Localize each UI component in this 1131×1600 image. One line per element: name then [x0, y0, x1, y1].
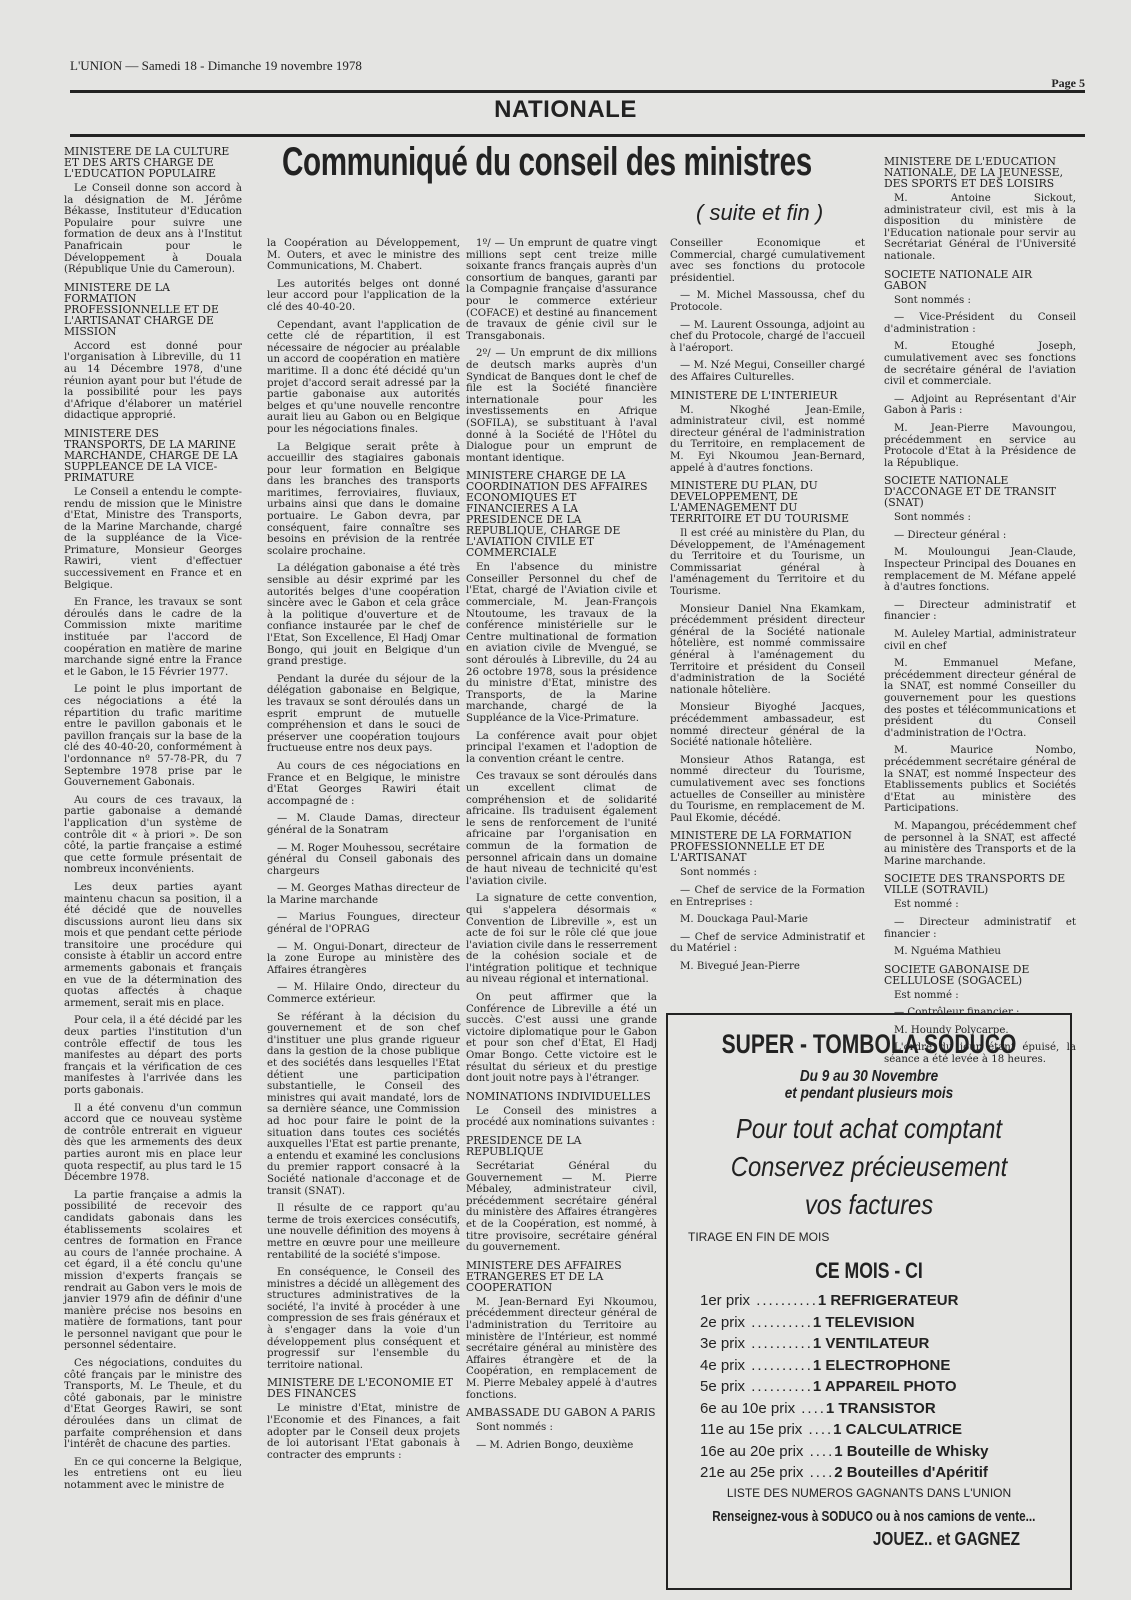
- paragraph: Il résulte de ce rapport qu'au terme de …: [267, 1203, 460, 1261]
- section-heading: MINISTERE DE L'EDUCATION NATIONALE, DE L…: [884, 156, 1076, 189]
- section-heading: MINISTERE DU PLAN, DU DEVELOPPEMENT, DE …: [670, 480, 865, 524]
- section-heading: SOCIETE NATIONALE AIR GABON: [884, 269, 1076, 291]
- section-rule: [70, 134, 1085, 137]
- prize-row: 5e prix ..........1 APPAREIL PHOTO: [700, 1376, 1070, 1398]
- section-heading: SOCIETE NATIONALE D'ACCONAGE ET DE TRANS…: [884, 475, 1076, 508]
- paragraph: — M. Michel Massoussa, chef du Protocole…: [670, 290, 865, 313]
- paragraph: M. Douckaga Paul-Marie: [670, 914, 865, 926]
- prize-dots: ....: [795, 1400, 826, 1417]
- paragraph: M. Jean-Bernard Eyi Nkoumou, précédemmen…: [466, 1297, 657, 1401]
- prize-dots: ..........: [745, 1335, 813, 1352]
- paragraph: Au cours de ces travaux, la partie gabon…: [64, 795, 242, 876]
- prize-item: 1 CALCULATRICE: [833, 1421, 962, 1438]
- paragraph: M. Antoine Sickout, administrateur civil…: [884, 193, 1076, 263]
- paragraph: — M. Laurent Ossounga, adjoint au chef d…: [670, 320, 865, 355]
- paragraph: Cependant, avant l'application de cette …: [267, 320, 460, 436]
- paragraph: Sont nommés :: [884, 295, 1076, 307]
- prize-rank: 1er prix: [700, 1290, 750, 1312]
- paragraph: Se référant à la décision du gouvernemen…: [267, 1012, 460, 1198]
- prize-row: 11e au 15e prix ....1 CALCULATRICE: [700, 1419, 1070, 1441]
- paragraph: La Belgique serait prête à accueillir de…: [267, 442, 460, 558]
- section-heading: AMBASSADE DU GABON A PARIS: [466, 1407, 657, 1418]
- advert-slogan-2: Conservez précieusement: [698, 1148, 1040, 1186]
- prize-dots: ..........: [745, 1314, 813, 1331]
- paragraph: La délégation gabonaise a été très sensi…: [267, 563, 460, 667]
- prize-dots: ..........: [745, 1357, 813, 1374]
- column-1: MINISTERE DE LA CULTURE ET DES ARTS CHAR…: [64, 142, 242, 1498]
- paragraph: Pendant la durée du séjour de la délégat…: [267, 674, 460, 755]
- prize-rank: 2e prix: [700, 1312, 745, 1334]
- advert-winners: LISTE DES NUMEROS GAGNANTS DANS L'UNION: [668, 1486, 1070, 1500]
- paragraph: On peut affirmer que la Conférence de Li…: [466, 992, 657, 1085]
- section-heading: SOCIETE GABONAISE DE CELLULOSE (SOGACEL): [884, 964, 1076, 986]
- section-heading: MINISTERE DE LA CULTURE ET DES ARTS CHAR…: [64, 146, 242, 179]
- prize-dots: ....: [803, 1464, 834, 1481]
- paragraph: — Vice-Président du Conseil d'administra…: [884, 312, 1076, 335]
- prize-item: 1 TRANSISTOR: [826, 1400, 936, 1417]
- paragraph: Sont nommés :: [884, 512, 1076, 524]
- prize-item: 1 TELEVISION: [813, 1314, 915, 1331]
- section-heading: MINISTERE DES TRANSPORTS, DE LA MARINE M…: [64, 428, 242, 483]
- prize-item: 1 ELECTROPHONE: [813, 1357, 951, 1374]
- prize-rank: 11e au 15e prix: [700, 1419, 802, 1441]
- paragraph: M. Etoughé Joseph, cumulativement avec s…: [884, 341, 1076, 387]
- paragraph: Il est créé au ministère du Plan, du Dév…: [670, 528, 865, 598]
- paragraph: Monsieur Daniel Nna Ekamkam, précédemmen…: [670, 604, 865, 697]
- paragraph: En ce qui concerne la Belgique, les entr…: [64, 1457, 242, 1492]
- prize-rank: 16e au 20e prix: [700, 1441, 803, 1463]
- paragraph: En l'absence du ministre Conseiller Pers…: [466, 562, 657, 724]
- paragraph: — M. Ongui-Donart, directeur de la zone …: [267, 942, 460, 977]
- paragraph: Le ministre d'Etat, ministre de l'Econom…: [267, 1403, 460, 1461]
- paragraph: — Adjoint au Représentant d'Air Gabon à …: [884, 394, 1076, 417]
- column-5: MINISTERE DE L'EDUCATION NATIONALE, DE L…: [884, 152, 1076, 1072]
- prize-row: 2e prix ..........1 TELEVISION: [700, 1312, 1070, 1334]
- section-heading: MINISTERE DE LA FORMATION PROFESSIONNELL…: [670, 830, 865, 863]
- paragraph: 1º/ — Un emprunt de quatre vingt million…: [466, 238, 657, 342]
- paragraph: Conseiller Economique et Commercial, cha…: [670, 238, 865, 284]
- section-heading: NOMINATIONS INDIVIDUELLES: [466, 1091, 657, 1102]
- section-heading: MINISTERE DE L'ECONOMIE ET DES FINANCES: [267, 1377, 460, 1399]
- prize-row: 1er prix ..........1 REFRIGERATEUR: [700, 1290, 1070, 1312]
- paragraph: Secrétariat Général du Gouvernement — M.…: [466, 1161, 657, 1254]
- paragraph: Pour cela, il a été décidé par les deux …: [64, 1015, 242, 1096]
- prize-dots: ....: [802, 1421, 833, 1438]
- tombola-advert: SUPER - TOMBOLA SODUCO Du 9 au 30 Novemb…: [666, 1013, 1072, 1590]
- prize-item: 1 VENTILATEUR: [813, 1335, 929, 1352]
- paragraph: M. Mouloungui Jean-Claude, Inspecteur Pr…: [884, 547, 1076, 593]
- masthead: L'UNION — Samedi 18 - Dimanche 19 novemb…: [70, 58, 362, 74]
- paragraph: M. Bivegué Jean-Pierre: [670, 961, 865, 973]
- paragraph: M. Nkoghé Jean-Emile, administrateur civ…: [670, 405, 865, 475]
- prize-row: 21e au 25e prix ....2 Bouteilles d'Apéri…: [700, 1462, 1070, 1484]
- paragraph: M. Jean-Pierre Mavoungou, précédemment e…: [884, 423, 1076, 469]
- paragraph: Monsieur Athos Ratanga, est nommé direct…: [670, 755, 865, 825]
- paragraph: — Directeur administratif et financier :: [884, 600, 1076, 623]
- prize-row: 16e au 20e prix ....1 Bouteille de Whisk…: [700, 1441, 1070, 1463]
- paragraph: Ces travaux se sont déroulés dans un exc…: [466, 771, 657, 887]
- paragraph: — M. Georges Mathas directeur de la Mari…: [267, 883, 460, 906]
- prize-row: 3e prix ..........1 VENTILATEUR: [700, 1333, 1070, 1355]
- section-title: NATIONALE: [0, 96, 1131, 124]
- top-rule: [70, 90, 1085, 93]
- paragraph: — M. Roger Mouhessou, secrétaire général…: [267, 843, 460, 878]
- paragraph: En conséquence, le Conseil des ministres…: [267, 1267, 460, 1371]
- prize-rank: 3e prix: [700, 1333, 745, 1355]
- prize-item: 1 Bouteille de Whisky: [834, 1443, 988, 1460]
- section-heading: SOCIETE DES TRANSPORTS DE VILLE (SOTRAVI…: [884, 873, 1076, 895]
- paragraph: M. Emmanuel Mefane, précédemment directe…: [884, 658, 1076, 739]
- column-4: Conseiller Economique et Commercial, cha…: [670, 238, 865, 979]
- paragraph: Sont nommés :: [466, 1422, 657, 1434]
- paragraph: Accord est donné pour l'organisation à L…: [64, 341, 242, 422]
- prize-item: 1 APPAREIL PHOTO: [813, 1378, 957, 1395]
- paragraph: La partie française a admis la possibili…: [64, 1190, 242, 1352]
- article-subtitle: ( suite et fin ): [696, 200, 823, 226]
- prize-dots: ..........: [750, 1292, 818, 1309]
- paragraph: Le Conseil donne son accord à la désigna…: [64, 183, 242, 276]
- paragraph: — Directeur administratif et financier :: [884, 917, 1076, 940]
- paragraph: Il a été convenu d'un commun accord que …: [64, 1103, 242, 1184]
- paragraph: — Chef de service de la Formation en Ent…: [670, 885, 865, 908]
- section-heading: MINISTERE DES AFFAIRES ETRANGERES ET DE …: [466, 1260, 657, 1293]
- column-3: 1º/ — Un emprunt de quatre vingt million…: [466, 238, 657, 1457]
- paragraph: M. Auleley Martial, administrateur civil…: [884, 629, 1076, 652]
- advert-month: CE MOIS - CI: [708, 1258, 1030, 1284]
- advert-dates-2: et pendant plusieurs mois: [698, 1085, 1040, 1102]
- column-2: la Coopération au Développement, M. Oute…: [267, 238, 460, 1467]
- paragraph: M. Mapangou, précédemment chef de person…: [884, 821, 1076, 867]
- article-headline: Communiqué du conseil des ministres: [282, 140, 812, 185]
- prize-item: 1 REFRIGERATEUR: [818, 1292, 959, 1309]
- prize-rank: 21e au 25e prix: [700, 1462, 803, 1484]
- advert-cta: JOUEZ.. et GAGNEZ: [721, 1529, 1020, 1550]
- paragraph: — Marius Foungues, directeur général de …: [267, 912, 460, 935]
- section-heading: PRESIDENCE DE LA REPUBLIQUE: [466, 1135, 657, 1157]
- advert-slogan-1: Pour tout achat comptant: [698, 1110, 1040, 1148]
- paragraph: — Chef de service Administratif et du Ma…: [670, 932, 865, 955]
- paragraph: — Directeur général :: [884, 530, 1076, 542]
- paragraph: la Coopération au Développement, M. Oute…: [267, 238, 460, 273]
- prize-dots: ..........: [745, 1378, 813, 1395]
- page-number: Page 5: [1051, 76, 1085, 91]
- paragraph: — M. Nzé Megui, Conseiller chargé des Af…: [670, 360, 865, 383]
- section-heading: MINISTERE DE L'INTERIEUR: [670, 390, 865, 401]
- advert-draw: TIRAGE EN FIN DE MOIS: [688, 1230, 1070, 1244]
- section-heading: MINISTERE DE LA FORMATION PROFESSIONNELL…: [64, 282, 242, 337]
- paragraph: Le point le plus important de ces négoci…: [64, 684, 242, 788]
- paragraph: 2º/ — Un emprunt de dix millions de deut…: [466, 348, 657, 464]
- section-heading: MINISTERE CHARGE DE LA COORDINATION DES …: [466, 470, 657, 558]
- paragraph: Le Conseil des ministres a procédé aux n…: [466, 1106, 657, 1129]
- advert-info: Renseignez-vous à SODUCO ou à nos camion…: [712, 1508, 1026, 1525]
- paragraph: Monsieur Biyoghé Jacques, précédemment a…: [670, 702, 865, 748]
- paragraph: Sont nommés :: [670, 867, 865, 879]
- paragraph: M. Nguéma Mathieu: [884, 946, 1076, 958]
- advert-slogan-3: vos factures: [698, 1186, 1040, 1224]
- paragraph: En France, les travaux se sont déroulés …: [64, 597, 242, 678]
- paragraph: M. Maurice Nombo, précédemment secrétair…: [884, 745, 1076, 815]
- paragraph: — M. Adrien Bongo, deuxième: [466, 1440, 657, 1452]
- paragraph: Les autorités belges ont donné leur acco…: [267, 279, 460, 314]
- prize-rank: 6e au 10e prix: [700, 1398, 795, 1420]
- paragraph: — M. Hilaire Ondo, directeur du Commerce…: [267, 982, 460, 1005]
- prize-list: 1er prix ..........1 REFRIGERATEUR2e pri…: [700, 1290, 1070, 1484]
- advert-title: SUPER - TOMBOLA SODUCO: [712, 1029, 1026, 1060]
- paragraph: Au cours de ces négociations en France e…: [267, 761, 460, 807]
- paragraph: Le Conseil a entendu le compte-rendu de …: [64, 487, 242, 591]
- paragraph: La conférence avait pour objet principal…: [466, 731, 657, 766]
- paragraph: Ces négociations, conduites du côté fran…: [64, 1358, 242, 1451]
- paragraph: La signature de cette convention, qui s'…: [466, 893, 657, 986]
- paragraph: — M. Claude Damas, directeur général de …: [267, 813, 460, 836]
- prize-item: 2 Bouteilles d'Apéritif: [834, 1464, 988, 1481]
- prize-rank: 4e prix: [700, 1355, 745, 1377]
- paragraph: Est nommé :: [884, 899, 1076, 911]
- prize-row: 6e au 10e prix ....1 TRANSISTOR: [700, 1398, 1070, 1420]
- paragraph: Est nommé :: [884, 990, 1076, 1002]
- prize-dots: ....: [803, 1443, 834, 1460]
- paragraph: Les deux parties ayant maintenu chacun s…: [64, 882, 242, 1010]
- advert-dates-1: Du 9 au 30 Novembre: [698, 1068, 1040, 1085]
- prize-rank: 5e prix: [700, 1376, 745, 1398]
- prize-row: 4e prix ..........1 ELECTROPHONE: [700, 1355, 1070, 1377]
